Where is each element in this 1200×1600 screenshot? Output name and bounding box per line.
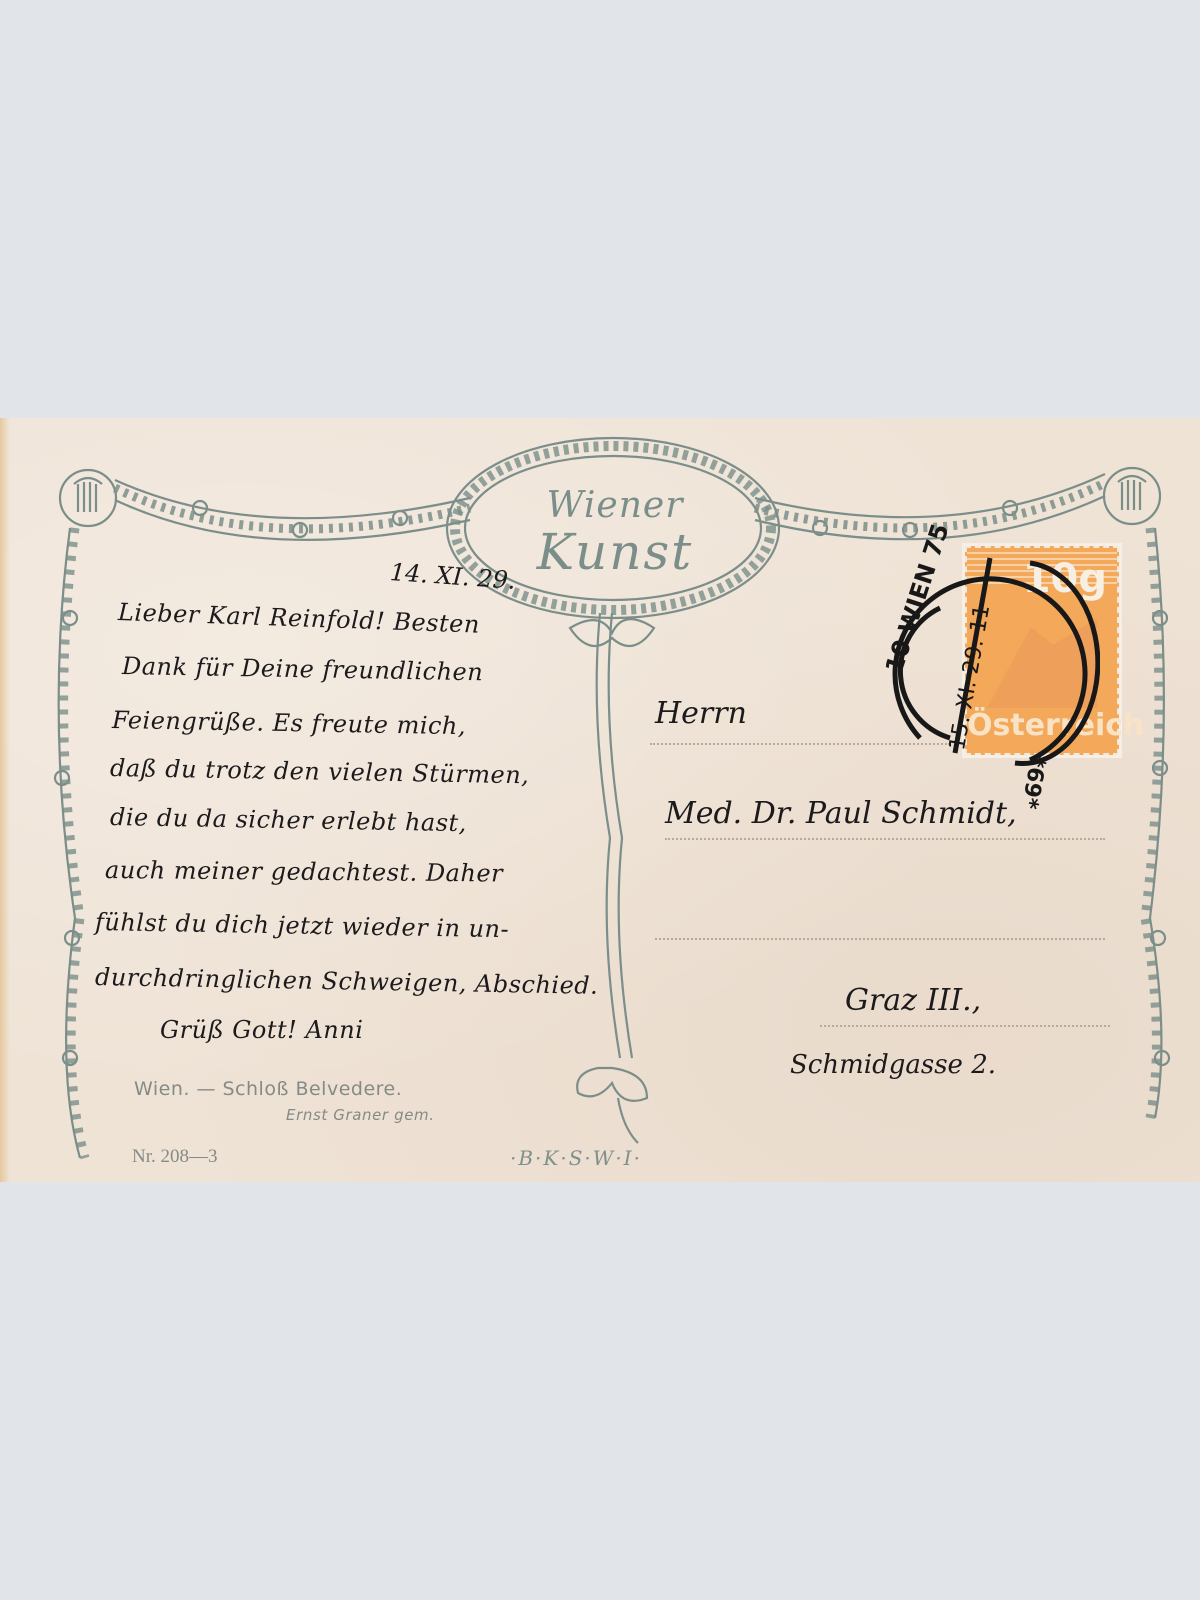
address-line-4 <box>820 1025 1110 1027</box>
address-street: Schmidgasse 2. <box>790 1050 996 1080</box>
message-line: auch meiner gedachtest. Daher <box>105 856 503 887</box>
publisher-mark: ·B·K·S·W·I· <box>510 1146 642 1170</box>
wiener-kunst-title: Wiener Kunst <box>500 468 730 598</box>
address-recipient-name: Med. Dr. Paul Schmidt, <box>665 796 1017 831</box>
address-city: Graz III., <box>845 983 981 1018</box>
address-line-3 <box>655 938 1105 940</box>
address-line-2 <box>665 838 1105 840</box>
title-line-1: Wiener <box>500 486 730 526</box>
card-number: Nr. 208—3 <box>132 1146 218 1168</box>
title-line-2: Kunst <box>500 526 730 578</box>
address-salutation: Herrn <box>655 696 747 731</box>
artist-credit: Ernst Graner gem. <box>286 1106 435 1124</box>
postcard: Wiener Kunst 14. XI. 29. Lieber Karl Rei… <box>0 418 1200 1182</box>
image-caption: Wien. — Schloß Belvedere. <box>134 1078 402 1100</box>
message-signoff: Grüß Gott! Anni <box>160 1016 363 1044</box>
